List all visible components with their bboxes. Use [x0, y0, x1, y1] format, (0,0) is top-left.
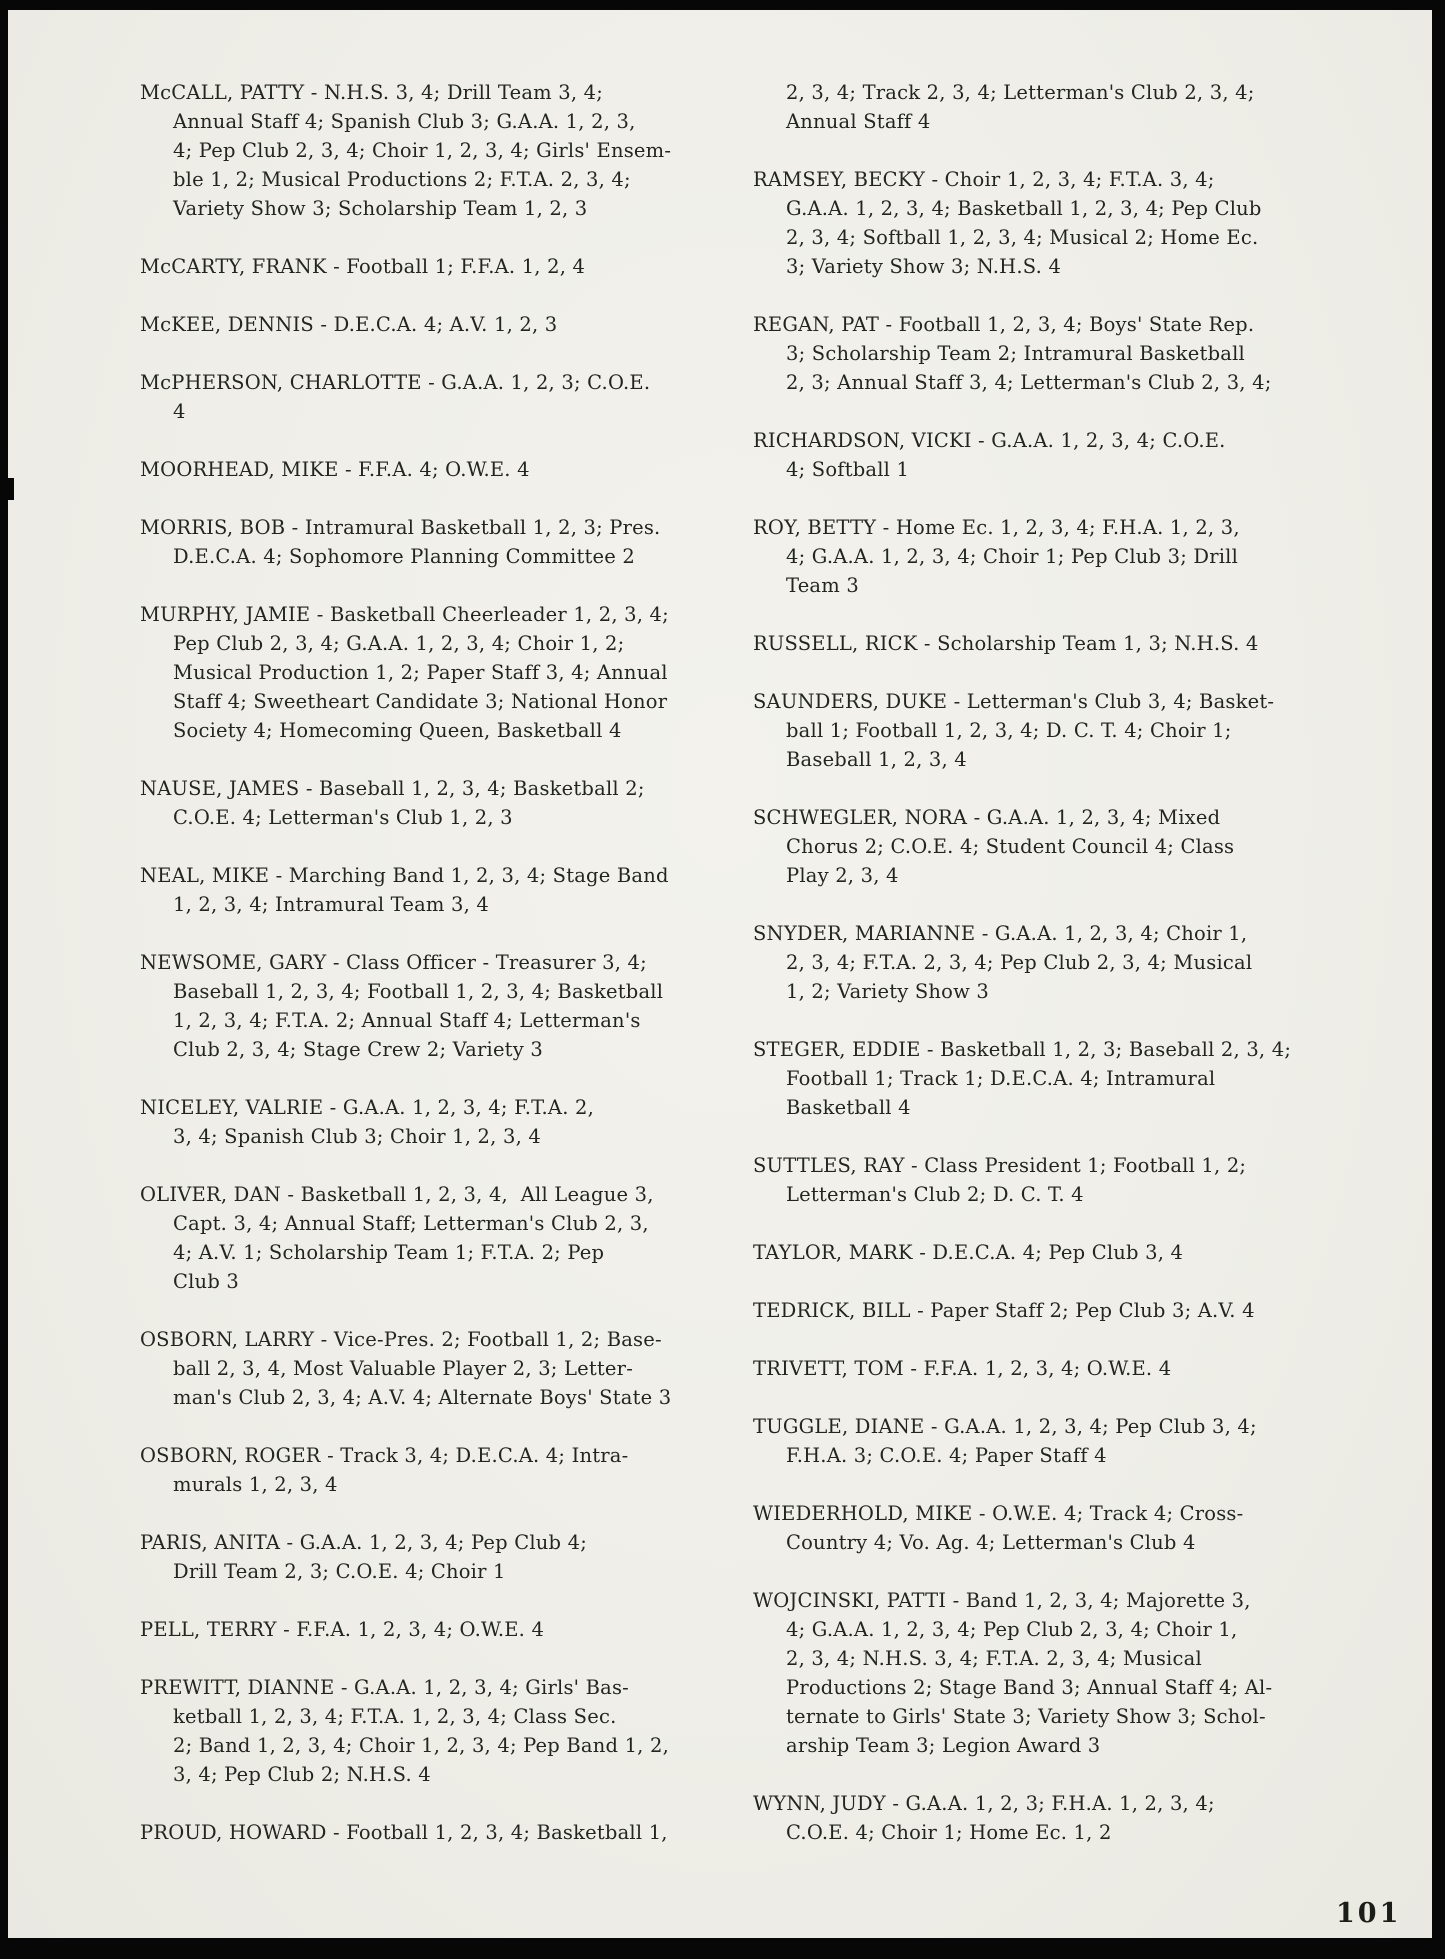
directory-entry: SNYDER, MARIANNE - G.A.A. 1, 2, 3, 4; Ch…: [753, 919, 1373, 1006]
entry-line: 1, 2, 3, 4; Intramural Team 3, 4: [140, 890, 700, 919]
scan-border-bottom: [0, 1938, 1445, 1959]
directory-entry: TRIVETT, TOM - F.F.A. 1, 2, 3, 4; O.W.E.…: [753, 1354, 1373, 1383]
entry-line: SNYDER, MARIANNE - G.A.A. 1, 2, 3, 4; Ch…: [753, 919, 1373, 948]
entry-line: McCALL, PATTY - N.H.S. 3, 4; Drill Team …: [140, 78, 700, 107]
entry-line: 4; A.V. 1; Scholarship Team 1; F.T.A. 2;…: [140, 1238, 700, 1267]
entry-line: D.E.C.A. 4; Sophomore Planning Committee…: [140, 542, 700, 571]
entry-line: OSBORN, ROGER - Track 3, 4; D.E.C.A. 4; …: [140, 1441, 700, 1470]
scan-border-left: [0, 0, 8, 1959]
entry-line: TEDRICK, BILL - Paper Staff 2; Pep Club …: [753, 1296, 1373, 1325]
entry-line: Pep Club 2, 3, 4; G.A.A. 1, 2, 3, 4; Cho…: [140, 629, 700, 658]
entry-line: 2, 3, 4; F.T.A. 2, 3, 4; Pep Club 2, 3, …: [753, 948, 1373, 977]
entry-line: STEGER, EDDIE - Basketball 1, 2, 3; Base…: [753, 1035, 1373, 1064]
directory-entry: RAMSEY, BECKY - Choir 1, 2, 3, 4; F.T.A.…: [753, 165, 1373, 281]
entry-line: PROUD, HOWARD - Football 1, 2, 3, 4; Bas…: [140, 1818, 700, 1847]
entry-line: NEWSOME, GARY - Class Officer - Treasure…: [140, 948, 700, 977]
entry-line: TAYLOR, MARK - D.E.C.A. 4; Pep Club 3, 4: [753, 1238, 1373, 1267]
activities-index-column-left: McCALL, PATTY - N.H.S. 3, 4; Drill Team …: [140, 78, 700, 1876]
entry-line: TRIVETT, TOM - F.F.A. 1, 2, 3, 4; O.W.E.…: [753, 1354, 1373, 1383]
entry-line: 4; G.A.A. 1, 2, 3, 4; Pep Club 2, 3, 4; …: [753, 1615, 1373, 1644]
directory-entry: PREWITT, DIANNE - G.A.A. 1, 2, 3, 4; Gir…: [140, 1673, 700, 1789]
entry-line: McCARTY, FRANK - Football 1; F.F.A. 1, 2…: [140, 252, 700, 281]
entry-line: PELL, TERRY - F.F.A. 1, 2, 3, 4; O.W.E. …: [140, 1615, 700, 1644]
entry-line: 4; Pep Club 2, 3, 4; Choir 1, 2, 3, 4; G…: [140, 136, 700, 165]
entry-line: 2; Band 1, 2, 3, 4; Choir 1, 2, 3, 4; Pe…: [140, 1731, 700, 1760]
directory-entry: ROY, BETTY - Home Ec. 1, 2, 3, 4; F.H.A.…: [753, 513, 1373, 600]
entry-line: 3, 4; Pep Club 2; N.H.S. 4: [140, 1760, 700, 1789]
entry-line: 2, 3, 4; N.H.S. 3, 4; F.T.A. 2, 3, 4; Mu…: [753, 1644, 1373, 1673]
entry-line: SAUNDERS, DUKE - Letterman's Club 3, 4; …: [753, 687, 1373, 716]
entry-line: OLIVER, DAN - Basketball 1, 2, 3, 4, All…: [140, 1180, 700, 1209]
entry-line: man's Club 2, 3, 4; A.V. 4; Alternate Bo…: [140, 1383, 700, 1412]
entry-line: 1, 2, 3, 4; F.T.A. 2; Annual Staff 4; Le…: [140, 1006, 700, 1035]
directory-entry: SAUNDERS, DUKE - Letterman's Club 3, 4; …: [753, 687, 1373, 774]
entry-line: 2, 3, 4; Track 2, 3, 4; Letterman's Club…: [753, 78, 1373, 107]
entry-line: arship Team 3; Legion Award 3: [753, 1731, 1373, 1760]
directory-entry: WYNN, JUDY - G.A.A. 1, 2, 3; F.H.A. 1, 2…: [753, 1789, 1373, 1847]
activities-index-column-right: 2, 3, 4; Track 2, 3, 4; Letterman's Club…: [753, 78, 1373, 1876]
directory-entry: NEWSOME, GARY - Class Officer - Treasure…: [140, 948, 700, 1064]
entry-line: F.H.A. 3; C.O.E. 4; Paper Staff 4: [753, 1441, 1373, 1470]
entry-line: 3; Variety Show 3; N.H.S. 4: [753, 252, 1373, 281]
scan-border-top: [0, 0, 1445, 10]
entry-line: 4; Softball 1: [753, 455, 1373, 484]
entry-line: SUTTLES, RAY - Class President 1; Footba…: [753, 1151, 1373, 1180]
entry-line: Letterman's Club 2; D. C. T. 4: [753, 1180, 1373, 1209]
entry-line: Team 3: [753, 571, 1373, 600]
entry-line: RICHARDSON, VICKI - G.A.A. 1, 2, 3, 4; C…: [753, 426, 1373, 455]
entry-line: NICELEY, VALRIE - G.A.A. 1, 2, 3, 4; F.T…: [140, 1093, 700, 1122]
entry-line: 4; G.A.A. 1, 2, 3, 4; Choir 1; Pep Club …: [753, 542, 1373, 571]
directory-entry: OLIVER, DAN - Basketball 1, 2, 3, 4, All…: [140, 1180, 700, 1296]
entry-line: RAMSEY, BECKY - Choir 1, 2, 3, 4; F.T.A.…: [753, 165, 1373, 194]
directory-entry: TUGGLE, DIANE - G.A.A. 1, 2, 3, 4; Pep C…: [753, 1412, 1373, 1470]
entry-line: WYNN, JUDY - G.A.A. 1, 2, 3; F.H.A. 1, 2…: [753, 1789, 1373, 1818]
entry-line: PREWITT, DIANNE - G.A.A. 1, 2, 3, 4; Gir…: [140, 1673, 700, 1702]
page-number: 101: [1336, 1898, 1401, 1929]
entry-line: C.O.E. 4; Letterman's Club 1, 2, 3: [140, 803, 700, 832]
entry-line: RUSSELL, RICK - Scholarship Team 1, 3; N…: [753, 629, 1373, 658]
entry-line: Productions 2; Stage Band 3; Annual Staf…: [753, 1673, 1373, 1702]
entry-line: MURPHY, JAMIE - Basketball Cheerleader 1…: [140, 600, 700, 629]
entry-line: NAUSE, JAMES - Baseball 1, 2, 3, 4; Bask…: [140, 774, 700, 803]
entry-line: Football 1; Track 1; D.E.C.A. 4; Intramu…: [753, 1064, 1373, 1093]
entry-line: ble 1, 2; Musical Productions 2; F.T.A. …: [140, 165, 700, 194]
entry-line: NEAL, MIKE - Marching Band 1, 2, 3, 4; S…: [140, 861, 700, 890]
entry-line: G.A.A. 1, 2, 3, 4; Basketball 1, 2, 3, 4…: [753, 194, 1373, 223]
entry-line: Annual Staff 4: [753, 107, 1373, 136]
directory-entry: PARIS, ANITA - G.A.A. 1, 2, 3, 4; Pep Cl…: [140, 1528, 700, 1586]
directory-entry: MOORHEAD, MIKE - F.F.A. 4; O.W.E. 4: [140, 455, 700, 484]
directory-entry: MURPHY, JAMIE - Basketball Cheerleader 1…: [140, 600, 700, 745]
directory-entry: 2, 3, 4; Track 2, 3, 4; Letterman's Club…: [753, 78, 1373, 136]
entry-line: Society 4; Homecoming Queen, Basketball …: [140, 716, 700, 745]
directory-entry: McKEE, DENNIS - D.E.C.A. 4; A.V. 1, 2, 3: [140, 310, 700, 339]
entry-line: Basketball 4: [753, 1093, 1373, 1122]
directory-entry: REGAN, PAT - Football 1, 2, 3, 4; Boys' …: [753, 310, 1373, 397]
directory-entry: McCARTY, FRANK - Football 1; F.F.A. 1, 2…: [140, 252, 700, 281]
directory-entry: TAYLOR, MARK - D.E.C.A. 4; Pep Club 3, 4: [753, 1238, 1373, 1267]
entry-line: WOJCINSKI, PATTI - Band 1, 2, 3, 4; Majo…: [753, 1586, 1373, 1615]
directory-entry: OSBORN, LARRY - Vice-Pres. 2; Football 1…: [140, 1325, 700, 1412]
entry-line: ball 2, 3, 4, Most Valuable Player 2, 3;…: [140, 1354, 700, 1383]
entry-line: ROY, BETTY - Home Ec. 1, 2, 3, 4; F.H.A.…: [753, 513, 1373, 542]
entry-line: Annual Staff 4; Spanish Club 3; G.A.A. 1…: [140, 107, 700, 136]
directory-entry: TEDRICK, BILL - Paper Staff 2; Pep Club …: [753, 1296, 1373, 1325]
entry-line: Staff 4; Sweetheart Candidate 3; Nationa…: [140, 687, 700, 716]
entry-line: Club 2, 3, 4; Stage Crew 2; Variety 3: [140, 1035, 700, 1064]
directory-entry: STEGER, EDDIE - Basketball 1, 2, 3; Base…: [753, 1035, 1373, 1122]
entry-line: 3, 4; Spanish Club 3; Choir 1, 2, 3, 4: [140, 1122, 700, 1151]
yearbook-scan-page: { "page": { "number": "101" }, "columns"…: [0, 0, 1445, 1959]
entry-line: murals 1, 2, 3, 4: [140, 1470, 700, 1499]
entry-line: C.O.E. 4; Choir 1; Home Ec. 1, 2: [753, 1818, 1373, 1847]
entry-line: 2, 3; Annual Staff 3, 4; Letterman's Clu…: [753, 368, 1373, 397]
entry-line: REGAN, PAT - Football 1, 2, 3, 4; Boys' …: [753, 310, 1373, 339]
entry-line: 2, 3, 4; Softball 1, 2, 3, 4; Musical 2;…: [753, 223, 1373, 252]
entry-line: SCHWEGLER, NORA - G.A.A. 1, 2, 3, 4; Mix…: [753, 803, 1373, 832]
entry-line: Musical Production 1, 2; Paper Staff 3, …: [140, 658, 700, 687]
directory-entry: NEAL, MIKE - Marching Band 1, 2, 3, 4; S…: [140, 861, 700, 919]
directory-entry: WIEDERHOLD, MIKE - O.W.E. 4; Track 4; Cr…: [753, 1499, 1373, 1557]
entry-line: MOORHEAD, MIKE - F.F.A. 4; O.W.E. 4: [140, 455, 700, 484]
scan-edge-notch: [0, 478, 14, 500]
entry-line: Variety Show 3; Scholarship Team 1, 2, 3: [140, 194, 700, 223]
entry-line: 3; Scholarship Team 2; Intramural Basket…: [753, 339, 1373, 368]
directory-entry: NICELEY, VALRIE - G.A.A. 1, 2, 3, 4; F.T…: [140, 1093, 700, 1151]
directory-entry: SUTTLES, RAY - Class President 1; Footba…: [753, 1151, 1373, 1209]
entry-line: Club 3: [140, 1267, 700, 1296]
entry-line: Drill Team 2, 3; C.O.E. 4; Choir 1: [140, 1557, 700, 1586]
entry-line: TUGGLE, DIANE - G.A.A. 1, 2, 3, 4; Pep C…: [753, 1412, 1373, 1441]
entry-line: Baseball 1, 2, 3, 4; Football 1, 2, 3, 4…: [140, 977, 700, 1006]
directory-entry: MORRIS, BOB - Intramural Basketball 1, 2…: [140, 513, 700, 571]
entry-line: 4: [140, 397, 700, 426]
entry-line: Baseball 1, 2, 3, 4: [753, 745, 1373, 774]
entry-line: MORRIS, BOB - Intramural Basketball 1, 2…: [140, 513, 700, 542]
directory-entry: RUSSELL, RICK - Scholarship Team 1, 3; N…: [753, 629, 1373, 658]
entry-line: Capt. 3, 4; Annual Staff; Letterman's Cl…: [140, 1209, 700, 1238]
entry-line: ketball 1, 2, 3, 4; F.T.A. 1, 2, 3, 4; C…: [140, 1702, 700, 1731]
directory-entry: OSBORN, ROGER - Track 3, 4; D.E.C.A. 4; …: [140, 1441, 700, 1499]
entry-line: Play 2, 3, 4: [753, 861, 1373, 890]
entry-line: McPHERSON, CHARLOTTE - G.A.A. 1, 2, 3; C…: [140, 368, 700, 397]
directory-entry: McPHERSON, CHARLOTTE - G.A.A. 1, 2, 3; C…: [140, 368, 700, 426]
entry-line: ball 1; Football 1, 2, 3, 4; D. C. T. 4;…: [753, 716, 1373, 745]
entry-line: PARIS, ANITA - G.A.A. 1, 2, 3, 4; Pep Cl…: [140, 1528, 700, 1557]
directory-entry: NAUSE, JAMES - Baseball 1, 2, 3, 4; Bask…: [140, 774, 700, 832]
scan-border-right: [1432, 0, 1445, 1959]
directory-entry: SCHWEGLER, NORA - G.A.A. 1, 2, 3, 4; Mix…: [753, 803, 1373, 890]
entry-line: OSBORN, LARRY - Vice-Pres. 2; Football 1…: [140, 1325, 700, 1354]
directory-entry: PROUD, HOWARD - Football 1, 2, 3, 4; Bas…: [140, 1818, 700, 1847]
entry-line: 1, 2; Variety Show 3: [753, 977, 1373, 1006]
directory-entry: McCALL, PATTY - N.H.S. 3, 4; Drill Team …: [140, 78, 700, 223]
directory-entry: WOJCINSKI, PATTI - Band 1, 2, 3, 4; Majo…: [753, 1586, 1373, 1760]
directory-entry: PELL, TERRY - F.F.A. 1, 2, 3, 4; O.W.E. …: [140, 1615, 700, 1644]
directory-entry: RICHARDSON, VICKI - G.A.A. 1, 2, 3, 4; C…: [753, 426, 1373, 484]
entry-line: Chorus 2; C.O.E. 4; Student Council 4; C…: [753, 832, 1373, 861]
entry-line: Country 4; Vo. Ag. 4; Letterman's Club 4: [753, 1528, 1373, 1557]
entry-line: ternate to Girls' State 3; Variety Show …: [753, 1702, 1373, 1731]
entry-line: McKEE, DENNIS - D.E.C.A. 4; A.V. 1, 2, 3: [140, 310, 700, 339]
entry-line: WIEDERHOLD, MIKE - O.W.E. 4; Track 4; Cr…: [753, 1499, 1373, 1528]
